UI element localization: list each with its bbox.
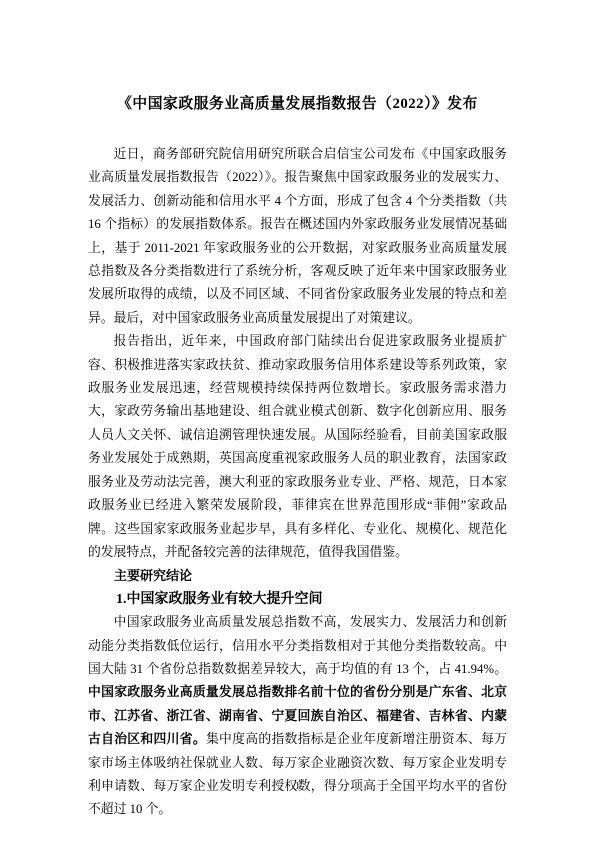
paragraph-intro: 近日，商务部研究院信用研究所联合启信宝公司发布《中国家政服务业高质量发展指数报告… [88,143,507,330]
document-page: 《中国家政服务业高质量发展指数报告（2022）》发布 近日，商务部研究院信用研究… [0,0,595,841]
document-title: 《中国家政服务业高质量发展指数报告（2022）》发布 [88,93,507,115]
paragraph-report-points: 报告指出，近年来，中国政府部门陆续出台促进家政服务业提质扩容、积极推进落实家政扶… [88,330,507,564]
page-number: 1 [0,780,595,792]
paragraph-text: 报告指出，近年来，中国政府部门陆续出台促进家政服务业提质扩容、积极推进落实家政扶… [88,334,507,559]
document-body: 近日，商务部研究院信用研究所联合启信宝公司发布《中国家政服务业高质量发展指数报告… [88,143,507,822]
paragraph-text: 中国家政服务业高质量发展总指数不高，发展实力、发展活力和创新动能分类指数低位运行… [88,615,507,676]
heading-main-conclusions: 主要研究结论 [88,564,507,587]
heading-section-1: 1.中国家政服务业有较大提升空间 [88,588,507,611]
paragraph-text: 近日，商务部研究院信用研究所联合启信宝公司发布《中国家政服务业高质量发展指数报告… [88,147,507,325]
